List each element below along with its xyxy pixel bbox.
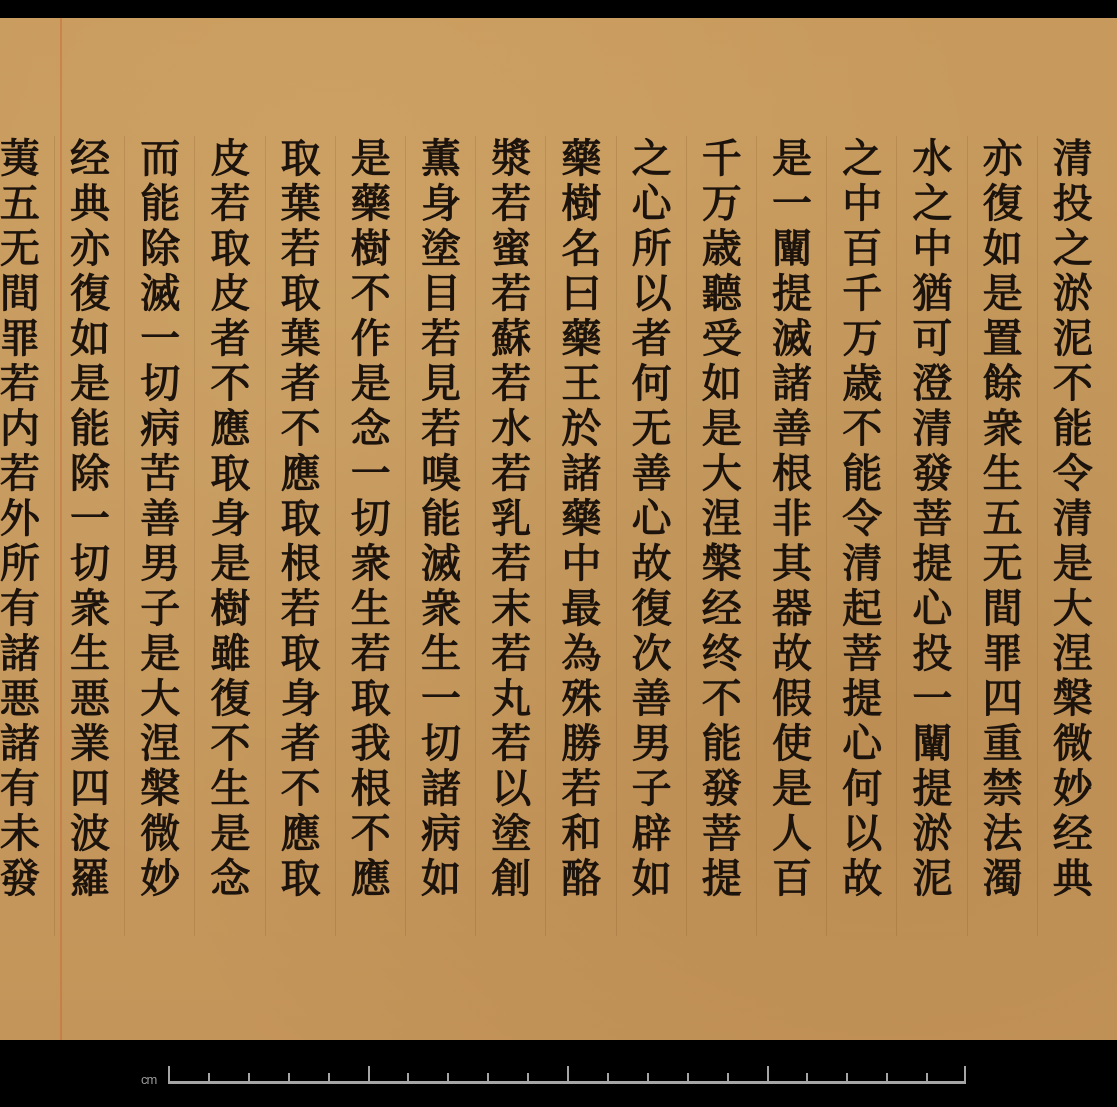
- glyph: 五: [968, 496, 1038, 541]
- glyph: 中: [546, 541, 616, 586]
- glyph: 若: [476, 451, 546, 496]
- glyph: 人: [757, 811, 827, 856]
- glyph: 涅: [1038, 631, 1108, 676]
- glyph: 若: [406, 316, 476, 361]
- glyph: 者: [266, 361, 336, 406]
- glyph: 不: [827, 406, 897, 451]
- glyph: 菩: [687, 811, 757, 856]
- glyph: 何: [617, 361, 687, 406]
- glyph: 禁: [968, 766, 1038, 811]
- glyph: 取: [266, 856, 336, 901]
- minor-tick: [328, 1073, 330, 1081]
- glyph: 不: [1038, 361, 1108, 406]
- glyph: 最: [546, 586, 616, 631]
- minor-tick: [806, 1073, 808, 1081]
- glyph: 者: [266, 721, 336, 766]
- glyph: 作: [336, 316, 406, 361]
- minor-tick: [527, 1073, 529, 1081]
- glyph: 妙: [1038, 766, 1108, 811]
- glyph: 乳: [476, 496, 546, 541]
- glyph: 若: [336, 631, 406, 676]
- glyph: 置: [968, 316, 1038, 361]
- glyph: 槃: [1038, 676, 1108, 721]
- glyph: 衆: [55, 586, 125, 631]
- glyph: 發: [0, 856, 55, 901]
- minor-tick: [607, 1073, 609, 1081]
- glyph: 塗: [476, 811, 546, 856]
- glyph: 之: [1038, 226, 1108, 271]
- glyph: 若: [476, 181, 546, 226]
- glyph: 猶: [897, 271, 967, 316]
- glyph: 諸: [757, 361, 827, 406]
- glyph: 以: [827, 811, 897, 856]
- glyph: 悪: [0, 676, 55, 721]
- glyph: 一: [55, 496, 125, 541]
- glyph: 投: [1038, 181, 1108, 226]
- glyph: 故: [827, 856, 897, 901]
- glyph: 能: [406, 496, 476, 541]
- glyph: 泥: [897, 856, 967, 901]
- glyph: 殊: [546, 676, 616, 721]
- major-tick: [567, 1066, 569, 1081]
- glyph: 千: [827, 271, 897, 316]
- text-column: 而能除滅一切病苦善男子是大涅槃微妙: [124, 136, 195, 936]
- glyph: 切: [55, 541, 125, 586]
- glyph: 心: [617, 496, 687, 541]
- glyph: 槃: [125, 766, 195, 811]
- glyph: 餘: [968, 361, 1038, 406]
- glyph: 涅: [687, 496, 757, 541]
- glyph: 是: [195, 811, 265, 856]
- minor-tick: [886, 1073, 888, 1081]
- glyph: 是: [757, 136, 827, 181]
- glyph: 見: [406, 361, 476, 406]
- glyph: 淤: [1038, 271, 1108, 316]
- minor-tick: [846, 1073, 848, 1081]
- glyph: 何: [827, 766, 897, 811]
- glyph: 妙: [125, 856, 195, 901]
- glyph: 間: [0, 271, 55, 316]
- glyph: 取: [195, 226, 265, 271]
- glyph: 子: [125, 586, 195, 631]
- glyph: 除: [55, 451, 125, 496]
- minor-tick: [447, 1073, 449, 1081]
- text-column: 藥樹名曰藥王於諸藥中最為殊勝若和酪: [545, 136, 616, 936]
- glyph: 亦: [55, 226, 125, 271]
- glyph: 辟: [617, 811, 687, 856]
- glyph: 滅: [406, 541, 476, 586]
- glyph: 无: [617, 406, 687, 451]
- glyph: 涅: [125, 721, 195, 766]
- glyph: 發: [897, 451, 967, 496]
- glyph: 以: [617, 271, 687, 316]
- glyph: 荑: [0, 136, 55, 181]
- glyph: 令: [827, 496, 897, 541]
- scale-bar: [168, 1081, 966, 1084]
- glyph: 苦: [125, 451, 195, 496]
- glyph: 罪: [968, 631, 1038, 676]
- glyph: 男: [617, 721, 687, 766]
- minor-tick: [687, 1073, 689, 1081]
- glyph: 是: [336, 136, 406, 181]
- glyph: 藥: [546, 316, 616, 361]
- glyph: 未: [0, 811, 55, 856]
- glyph: 男: [125, 541, 195, 586]
- glyph: 有: [0, 586, 55, 631]
- glyph: 是: [336, 361, 406, 406]
- glyph: 非: [757, 496, 827, 541]
- glyph: 能: [827, 451, 897, 496]
- glyph: 是: [195, 541, 265, 586]
- glyph: 故: [617, 541, 687, 586]
- glyph: 经: [55, 136, 125, 181]
- glyph: 蜜: [476, 226, 546, 271]
- glyph: 是: [687, 406, 757, 451]
- glyph: 不: [266, 406, 336, 451]
- glyph: 无: [968, 541, 1038, 586]
- glyph: 清: [1038, 496, 1108, 541]
- minor-tick: [248, 1073, 250, 1081]
- glyph: 丸: [476, 676, 546, 721]
- glyph: 歳: [827, 361, 897, 406]
- glyph: 一: [897, 676, 967, 721]
- glyph: 名: [546, 226, 616, 271]
- glyph: 生: [55, 631, 125, 676]
- glyph: 滅: [757, 316, 827, 361]
- glyph: 心: [617, 181, 687, 226]
- glyph: 根: [757, 451, 827, 496]
- glyph: 不: [266, 766, 336, 811]
- glyph: 大: [125, 676, 195, 721]
- glyph: 提: [897, 541, 967, 586]
- glyph: 皮: [195, 271, 265, 316]
- glyph: 身: [195, 496, 265, 541]
- glyph: 諸: [546, 451, 616, 496]
- glyph: 经: [687, 586, 757, 631]
- glyph: 若: [0, 451, 55, 496]
- glyph: 滅: [125, 271, 195, 316]
- glyph: 和: [546, 811, 616, 856]
- glyph: 菩: [827, 631, 897, 676]
- glyph: 若: [195, 181, 265, 226]
- glyph: 水: [897, 136, 967, 181]
- glyph: 闡: [897, 721, 967, 766]
- text-column: 皮若取皮者不應取身是樹雖復不生是念: [194, 136, 265, 936]
- glyph: 切: [125, 361, 195, 406]
- glyph: 勝: [546, 721, 616, 766]
- text-column: 是藥樹不作是念一切衆生若取我根不應: [335, 136, 406, 936]
- glyph: 有: [0, 766, 55, 811]
- glyph: 善: [125, 496, 195, 541]
- glyph: 雖: [195, 631, 265, 676]
- glyph: 起: [827, 586, 897, 631]
- glyph: 復: [55, 271, 125, 316]
- glyph: 能: [125, 181, 195, 226]
- glyph: 發: [687, 766, 757, 811]
- glyph: 蘇: [476, 316, 546, 361]
- glyph: 若: [266, 586, 336, 631]
- glyph: 之: [897, 181, 967, 226]
- text-column: 之心所以者何无善心故復次善男子辟如: [616, 136, 687, 936]
- glyph: 目: [406, 271, 476, 316]
- glyph: 水: [476, 406, 546, 451]
- glyph: 薫: [406, 136, 476, 181]
- glyph: 能: [1038, 406, 1108, 451]
- glyph: 若: [476, 271, 546, 316]
- glyph: 如: [617, 856, 687, 901]
- text-column: 荑五无間罪若内若外所有諸悪諸有未發: [0, 136, 55, 936]
- glyph: 典: [55, 181, 125, 226]
- glyph: 不: [336, 271, 406, 316]
- glyph: 衆: [406, 586, 476, 631]
- text-column: 水之中猶可澄清發菩提心投一闡提淤泥: [896, 136, 967, 936]
- glyph: 器: [757, 586, 827, 631]
- glyph: 漿: [476, 136, 546, 181]
- glyph: 嗅: [406, 451, 476, 496]
- glyph: 中: [897, 226, 967, 271]
- glyph: 一: [406, 676, 476, 721]
- glyph: 念: [195, 856, 265, 901]
- glyph: 取: [266, 631, 336, 676]
- glyph: 其: [757, 541, 827, 586]
- text-column: 是一闡提滅諸善根非其器故假使是人百: [756, 136, 827, 936]
- text-columns: 清投之淤泥不能令清是大涅槃微妙经典亦復如是置餘衆生五无間罪四重禁法濁水之中猶可澄…: [0, 18, 1117, 1040]
- scale-unit-label: cm: [141, 1072, 156, 1087]
- glyph: 樹: [546, 181, 616, 226]
- glyph: 如: [406, 856, 476, 901]
- glyph: 病: [125, 406, 195, 451]
- glyph: 取: [195, 451, 265, 496]
- glyph: 王: [546, 361, 616, 406]
- glyph: 清: [1038, 136, 1108, 181]
- glyph: 不: [687, 676, 757, 721]
- text-column: 漿若蜜若蘇若水若乳若末若丸若以塗創: [475, 136, 546, 936]
- glyph: 微: [1038, 721, 1108, 766]
- major-tick: [368, 1066, 370, 1081]
- glyph: 是: [125, 631, 195, 676]
- glyph: 之: [827, 136, 897, 181]
- glyph: 根: [266, 541, 336, 586]
- glyph: 間: [968, 586, 1038, 631]
- glyph: 五: [0, 181, 55, 226]
- glyph: 藥: [546, 136, 616, 181]
- glyph: 善: [617, 676, 687, 721]
- glyph: 内: [0, 406, 55, 451]
- glyph: 諸: [0, 721, 55, 766]
- glyph: 若: [476, 631, 546, 676]
- glyph: 一: [125, 316, 195, 361]
- minor-tick: [208, 1073, 210, 1081]
- major-tick: [767, 1066, 769, 1081]
- glyph: 若: [406, 406, 476, 451]
- major-tick: [964, 1066, 966, 1081]
- glyph: 提: [757, 271, 827, 316]
- glyph: 不: [195, 721, 265, 766]
- glyph: 身: [406, 181, 476, 226]
- glyph: 是: [1038, 541, 1108, 586]
- glyph: 念: [336, 406, 406, 451]
- glyph: 大: [1038, 586, 1108, 631]
- glyph: 之: [617, 136, 687, 181]
- glyph: 是: [55, 361, 125, 406]
- glyph: 提: [687, 856, 757, 901]
- glyph: 應: [266, 451, 336, 496]
- glyph: 善: [757, 406, 827, 451]
- glyph: 波: [55, 811, 125, 856]
- minor-tick: [647, 1073, 649, 1081]
- glyph: 切: [406, 721, 476, 766]
- glyph: 塗: [406, 226, 476, 271]
- glyph: 万: [827, 316, 897, 361]
- glyph: 創: [476, 856, 546, 901]
- glyph: 藥: [336, 181, 406, 226]
- glyph: 業: [55, 721, 125, 766]
- glyph: 清: [897, 406, 967, 451]
- glyph: 终: [687, 631, 757, 676]
- glyph: 提: [897, 766, 967, 811]
- glyph: 聽: [687, 271, 757, 316]
- glyph: 典: [1038, 856, 1108, 901]
- glyph: 衆: [968, 406, 1038, 451]
- text-column: 薫身塗目若見若嗅能滅衆生一切諸病如: [405, 136, 476, 936]
- glyph: 濁: [968, 856, 1038, 901]
- glyph: 假: [757, 676, 827, 721]
- glyph: 子: [617, 766, 687, 811]
- glyph: 若: [266, 226, 336, 271]
- text-column: 清投之淤泥不能令清是大涅槃微妙经典: [1037, 136, 1108, 936]
- glyph: 百: [827, 226, 897, 271]
- glyph: 我: [336, 721, 406, 766]
- glyph: 如: [968, 226, 1038, 271]
- glyph: 槃: [687, 541, 757, 586]
- glyph: 為: [546, 631, 616, 676]
- glyph: 心: [827, 721, 897, 766]
- glyph: 若: [546, 766, 616, 811]
- minor-tick: [926, 1073, 928, 1081]
- glyph: 淤: [897, 811, 967, 856]
- glyph: 取: [266, 271, 336, 316]
- glyph: 如: [687, 361, 757, 406]
- glyph: 應: [266, 811, 336, 856]
- glyph: 罪: [0, 316, 55, 361]
- glyph: 千: [687, 136, 757, 181]
- glyph: 根: [336, 766, 406, 811]
- glyph: 重: [968, 721, 1038, 766]
- glyph: 心: [897, 586, 967, 631]
- glyph: 應: [336, 856, 406, 901]
- glyph: 可: [897, 316, 967, 361]
- glyph: 法: [968, 811, 1038, 856]
- glyph: 葉: [266, 316, 336, 361]
- text-column: 亦復如是置餘衆生五无間罪四重禁法濁: [967, 136, 1038, 936]
- glyph: 使: [757, 721, 827, 766]
- glyph: 以: [476, 766, 546, 811]
- glyph: 生: [968, 451, 1038, 496]
- text-column: 之中百千万歳不能令清起菩提心何以故: [826, 136, 897, 936]
- glyph: 應: [195, 406, 265, 451]
- glyph: 生: [406, 631, 476, 676]
- glyph: 復: [195, 676, 265, 721]
- glyph: 復: [617, 586, 687, 631]
- glyph: 百: [757, 856, 827, 901]
- glyph: 四: [55, 766, 125, 811]
- minor-tick: [407, 1073, 409, 1081]
- glyph: 清: [827, 541, 897, 586]
- glyph: 切: [336, 496, 406, 541]
- text-column: 取葉若取葉者不應取根若取身者不應取: [265, 136, 336, 936]
- glyph: 次: [617, 631, 687, 676]
- glyph: 藥: [546, 496, 616, 541]
- glyph: 令: [1038, 451, 1108, 496]
- glyph: 善: [617, 451, 687, 496]
- glyph: 外: [0, 496, 55, 541]
- glyph: 除: [125, 226, 195, 271]
- glyph: 取: [266, 496, 336, 541]
- glyph: 泥: [1038, 316, 1108, 361]
- glyph: 闡: [757, 226, 827, 271]
- glyph: 一: [757, 181, 827, 226]
- glyph: 若: [476, 361, 546, 406]
- glyph: 酪: [546, 856, 616, 901]
- glyph: 亦: [968, 136, 1038, 181]
- glyph: 经: [1038, 811, 1108, 856]
- glyph: 悪: [55, 676, 125, 721]
- glyph: 是: [968, 271, 1038, 316]
- glyph: 若: [476, 541, 546, 586]
- glyph: 菩: [897, 496, 967, 541]
- glyph: 諸: [0, 631, 55, 676]
- glyph: 曰: [546, 271, 616, 316]
- glyph: 如: [55, 316, 125, 361]
- glyph: 樹: [336, 226, 406, 271]
- glyph: 无: [0, 226, 55, 271]
- glyph: 四: [968, 676, 1038, 721]
- glyph: 者: [195, 316, 265, 361]
- manuscript-scroll: 清投之淤泥不能令清是大涅槃微妙经典亦復如是置餘衆生五无間罪四重禁法濁水之中猶可澄…: [0, 18, 1117, 1040]
- major-tick: [168, 1066, 170, 1081]
- glyph: 衆: [336, 541, 406, 586]
- glyph: 万: [687, 181, 757, 226]
- glyph: 若: [476, 721, 546, 766]
- minor-tick: [487, 1073, 489, 1081]
- glyph: 身: [266, 676, 336, 721]
- glyph: 能: [55, 406, 125, 451]
- glyph: 不: [336, 811, 406, 856]
- glyph: 一: [336, 451, 406, 496]
- glyph: 中: [827, 181, 897, 226]
- glyph: 葉: [266, 181, 336, 226]
- glyph: 者: [617, 316, 687, 361]
- glyph: 提: [827, 676, 897, 721]
- text-column: 经典亦復如是能除一切衆生悪業四波羅: [54, 136, 125, 936]
- glyph: 是: [757, 766, 827, 811]
- glyph: 樹: [195, 586, 265, 631]
- glyph: 不: [195, 361, 265, 406]
- glyph: 所: [617, 226, 687, 271]
- glyph: 所: [0, 541, 55, 586]
- glyph: 而: [125, 136, 195, 181]
- glyph: 歳: [687, 226, 757, 271]
- glyph: 病: [406, 811, 476, 856]
- glyph: 澄: [897, 361, 967, 406]
- glyph: 大: [687, 451, 757, 496]
- text-column: 千万歳聽受如是大涅槃经终不能發菩提: [686, 136, 757, 936]
- minor-tick: [727, 1073, 729, 1081]
- glyph: 微: [125, 811, 195, 856]
- glyph: 末: [476, 586, 546, 631]
- glyph: 於: [546, 406, 616, 451]
- glyph: 故: [757, 631, 827, 676]
